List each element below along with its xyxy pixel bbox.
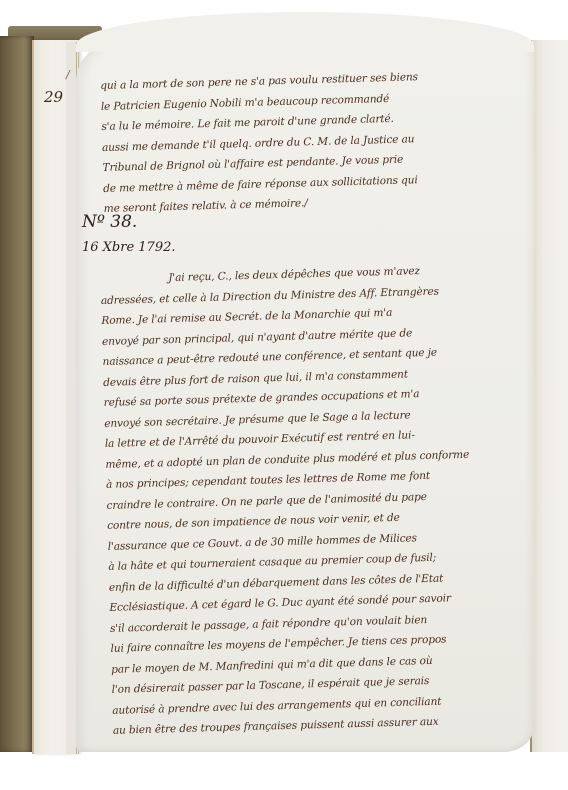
folio-number: 29 — [44, 88, 63, 106]
book-spine — [0, 36, 34, 752]
letter-body: J'ai reçu, C., les deux dépêches que vou… — [100, 258, 543, 741]
margin-mark: / — [66, 68, 70, 81]
previous-letter-end: qui a la mort de son pere ne s'a pas vou… — [100, 64, 534, 219]
letter-date: 16 Xbre 1792. — [82, 240, 176, 255]
letter-number: Nº 38. — [82, 212, 137, 232]
